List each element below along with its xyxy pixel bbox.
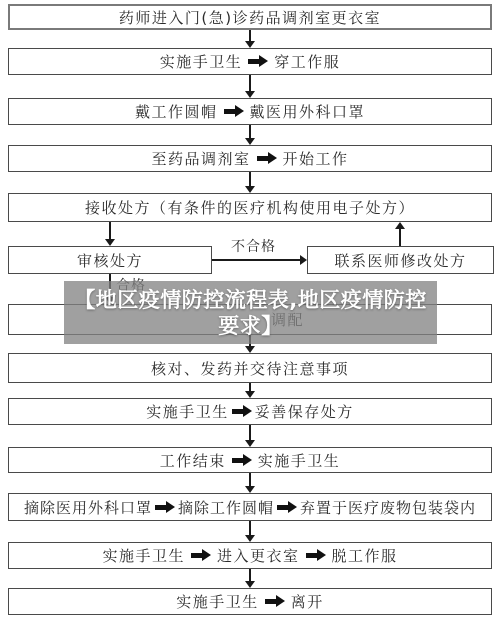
right-arrow-icon <box>264 595 286 608</box>
down-arrow-icon <box>244 75 256 98</box>
up-arrow-icon <box>394 222 406 246</box>
flow-box-wear-cap: 戴工作圆帽 戴医用外科口罩 <box>8 98 492 125</box>
flowchart: 药师进入门(急)诊药品调剂室更衣室 实施手卫生 穿工作服 戴工作圆帽 戴医用外科… <box>0 0 500 622</box>
flow-label: 实施手卫生 <box>176 591 259 612</box>
right-arrow-icon <box>190 549 212 562</box>
flow-label: 实施手卫生 <box>258 450 341 471</box>
right-arrow-icon <box>223 105 245 118</box>
down-arrow-icon <box>244 125 256 145</box>
flow-box-review: 审核处方 <box>8 246 212 274</box>
right-arrow-icon <box>231 405 253 418</box>
flow-label: 戴工作圆帽 <box>135 101 218 122</box>
right-arrow-icon <box>247 55 269 68</box>
flow-label: 实施手卫生 <box>160 51 243 72</box>
flow-box-hand-hygiene-1: 实施手卫生 穿工作服 <box>8 48 492 75</box>
flow-box-check-deliver: 核对、发药并交待注意事项 <box>8 353 492 383</box>
watermark-title-line2: 要求】 <box>218 313 283 339</box>
down-arrow-icon <box>244 521 256 542</box>
down-arrow-icon <box>244 172 256 193</box>
down-arrow-icon <box>244 473 256 493</box>
flow-label: 工作结束 <box>160 450 226 471</box>
down-arrow-icon <box>244 30 256 48</box>
watermark-title-line1: 【地区疫情防控流程表,地区疫情防控 <box>74 287 426 313</box>
down-arrow-icon <box>244 425 256 447</box>
flow-box-hand-hygiene-3: 实施手卫生 进入更衣室 脱工作服 <box>8 542 492 569</box>
flow-box-enter: 药师进入门(急)诊药品调剂室更衣室 <box>8 4 492 30</box>
right-arrow-icon <box>276 501 298 514</box>
flow-label: 联系医师修改处方 <box>334 250 466 271</box>
flow-label: 妥善保存处方 <box>255 401 354 422</box>
down-arrow-icon <box>244 383 256 398</box>
flow-label: 接收处方（有条件的医疗机构使用电子处方） <box>85 197 415 218</box>
right-arrow-icon <box>212 254 307 266</box>
flow-label: 实施手卫生 <box>146 401 229 422</box>
flow-label: 实施手卫生 <box>102 545 185 566</box>
flow-label: 离开 <box>291 591 324 612</box>
flow-label: 核对、发药并交待注意事项 <box>151 358 349 379</box>
right-arrow-icon <box>305 549 327 562</box>
flow-label: 开始工作 <box>283 148 349 169</box>
flow-box-hand-hygiene-4: 实施手卫生 离开 <box>8 588 492 615</box>
flow-box-enter-label: 药师进入门(急)诊药品调剂室更衣室 <box>119 7 381 28</box>
right-arrow-icon <box>231 454 253 467</box>
flow-label: 进入更衣室 <box>217 545 300 566</box>
flow-label: 摘除医用外科口罩 <box>24 497 152 518</box>
flow-label: 戴医用外科口罩 <box>250 101 366 122</box>
flow-box-work-end: 工作结束 实施手卫生 <box>8 447 492 473</box>
fail-label: 不合格 <box>231 236 276 256</box>
flow-box-to-room: 至药品调剂室 开始工作 <box>8 145 492 172</box>
watermark-banner: 【地区疫情防控流程表,地区疫情防控 要求】 <box>64 281 437 344</box>
down-arrow-icon <box>244 569 256 588</box>
flow-label: 摘除工作圆帽 <box>178 497 274 518</box>
flow-label: 穿工作服 <box>274 51 340 72</box>
flow-label: 弃置于医疗废物包装袋内 <box>300 497 476 518</box>
flow-label: 至药品调剂室 <box>151 148 250 169</box>
right-arrow-icon <box>154 501 176 514</box>
flow-box-hand-hygiene-2: 实施手卫生 妥善保存处方 <box>8 398 492 425</box>
flow-box-contact-doctor: 联系医师修改处方 <box>307 246 494 274</box>
down-arrow-icon <box>104 222 116 246</box>
flow-label: 脱工作服 <box>332 545 398 566</box>
flow-box-receive-rx: 接收处方（有条件的医疗机构使用电子处方） <box>8 193 492 222</box>
right-arrow-icon <box>256 152 278 165</box>
flow-box-remove-mask: 摘除医用外科口罩 摘除工作圆帽 弃置于医疗废物包装袋内 <box>8 493 492 521</box>
flow-label: 审核处方 <box>77 250 143 271</box>
